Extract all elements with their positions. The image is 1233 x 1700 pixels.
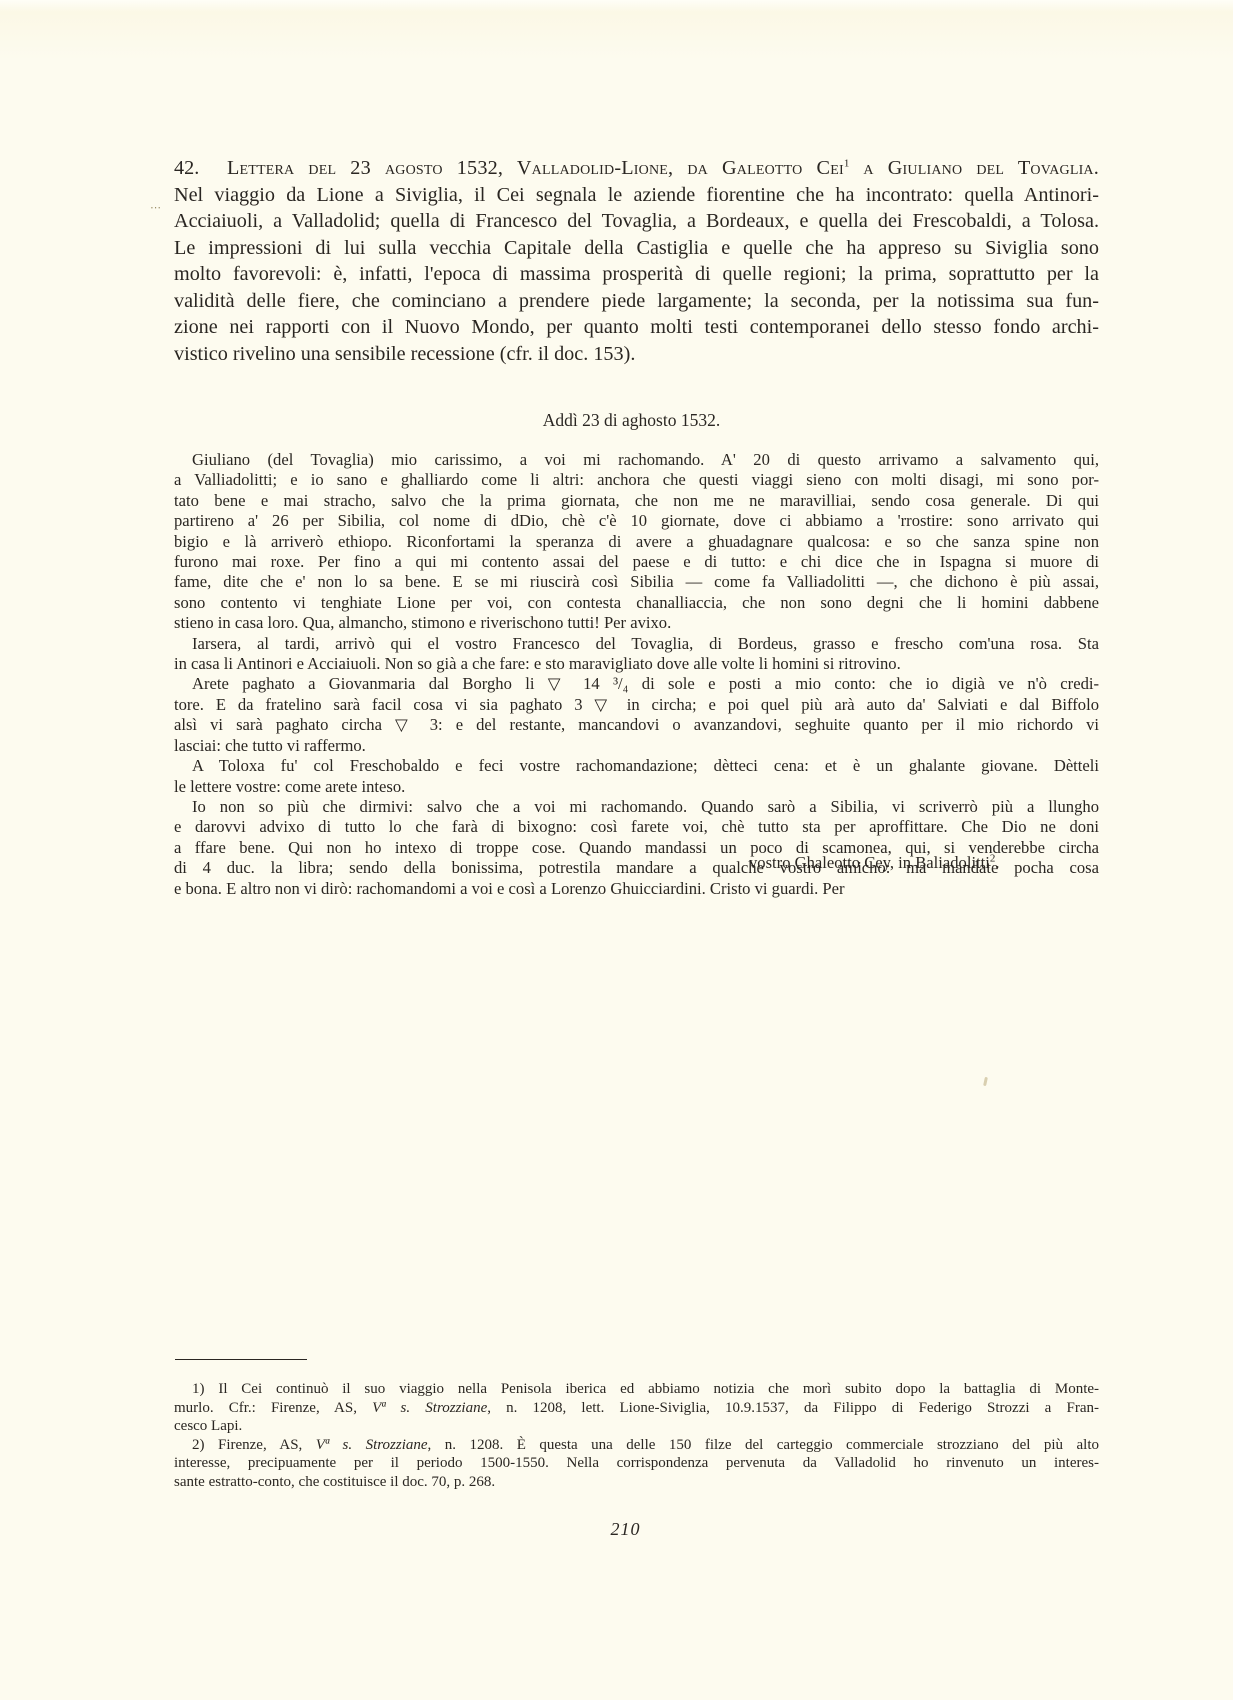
footnotes: 1) Il Cei continuò il suo viaggio nella … (174, 1380, 1099, 1492)
letter-line: a Valliadolitti; e io sano e ghalliardo … (174, 470, 1099, 490)
archive-series-title: Vª s. Strozziane (372, 1400, 487, 1416)
letter-line: A Toloxa fu' col Freschobaldo e feci vos… (174, 756, 1099, 776)
regest-line: Nel viaggio da Lione a Siviglia, il Cei … (174, 182, 1099, 209)
letter-line: e bona. E altro non vi dirò: rachomandom… (174, 879, 1099, 899)
letter-line: e darovvi advixo di tutto lo che farà di… (174, 817, 1099, 837)
letter-line: partireno a' 26 per Sibilia, col nome di… (174, 511, 1099, 531)
regest-line: molto favorevoli: è, infatti, l'epoca di… (174, 261, 1099, 288)
footnote-marker: 1) (192, 1381, 205, 1397)
margin-pencil-mark: ⋯ (150, 201, 161, 214)
regest-line: zione nei rapporti con il Nuovo Mondo, p… (174, 314, 1099, 341)
letter-line: fame, dite che e' non lo sa bene. E se m… (174, 572, 1099, 592)
footnote-text: sante estratto-conto, che costituisce il… (174, 1474, 495, 1490)
archive-series-title: Vª s. Strozziane (316, 1437, 428, 1453)
footnote-text: , n. 1208, lett. Lione-Siviglia, 10.9.15… (487, 1400, 1099, 1416)
letter-line: Arete paghato a Giovanmaria dal Borgho l… (174, 674, 1099, 694)
footnote-text: Il Cei continuò il suo viaggio nella Pen… (218, 1381, 1099, 1397)
regest-heading: 42. Lettera del 23 agosto 1532, Valladol… (174, 155, 1099, 182)
regest-line: Le impressioni di lui sulla vecchia Capi… (174, 235, 1099, 262)
regest-line: vistico rivelino una sensibile recession… (174, 341, 1099, 368)
footnote-text: interesse, precipuamente per il periodo … (174, 1455, 1099, 1471)
letter-line: Io non so più che dirmivi: salvo che a v… (174, 797, 1099, 817)
letter-line: in casa li Antinori e Acciaiuoli. Non so… (174, 654, 1099, 674)
letter-line: furono mai roxe. Per fino a qui mi conte… (174, 552, 1099, 572)
footnote-1-line: murlo. Cfr.: Firenze, AS, Vª s. Strozzia… (174, 1399, 1099, 1418)
letter-body: Giuliano (del Tovaglia) mio carissimo, a… (174, 450, 1099, 899)
letter-line: bigio e là arriverò ethiopo. Riconfortam… (174, 532, 1099, 552)
letter-line: Iarsera, al tardi, arrivò qui el vostro … (174, 634, 1099, 654)
page-number: 210 (0, 1519, 1233, 1540)
footnote-text: , n. 1208. È questa una delle 150 filze … (428, 1437, 1099, 1453)
letter-line: tore. E da fratelino sarà facil cosa vi … (174, 695, 1099, 715)
letter-line: tato bene e mai stracho, salvo che la pr… (174, 491, 1099, 511)
letter-line: Giuliano (del Tovaglia) mio carissimo, a… (174, 450, 1099, 470)
regest-line: Acciaiuoli, a Valladolid; quella di Fran… (174, 208, 1099, 235)
letter-signature: vostro Ghaleotto Cey, in Baliadolitti2. (749, 853, 1000, 873)
signature-text: vostro Ghaleotto Cey, in Baliadolitti (749, 853, 990, 872)
letter-line: stieno in casa loro. Qua, almancho, stim… (174, 613, 1099, 633)
footnote-marker: 2) (192, 1437, 205, 1453)
footnote-1-line: cesco Lapi. (174, 1417, 1099, 1436)
paper-speck (983, 1077, 988, 1086)
document-number: 42. (174, 157, 199, 179)
letter-line: sono contento vi tenghiate Lione per voi… (174, 593, 1099, 613)
letter-line: le lettere vostre: come arete inteso. (174, 777, 1099, 797)
footnote-2-line: interesse, precipuamente per il periodo … (174, 1454, 1099, 1473)
letter-dateline: Addì 23 di aghosto 1532. (0, 410, 1233, 431)
footnote-1-line: 1) Il Cei continuò il suo viaggio nella … (174, 1380, 1099, 1399)
document-regest: 42. Lettera del 23 agosto 1532, Valladol… (174, 155, 1099, 367)
letter-line: lasciai: che tutto vi raffermo. (174, 736, 1099, 756)
footnote-ref-2[interactable]: 2 (990, 852, 996, 864)
scanned-book-page: ⋯ 42. Lettera del 23 agosto 1532, Vallad… (0, 0, 1233, 1700)
footnote-2-line: 2) Firenze, AS, Vª s. Strozziane, n. 120… (174, 1436, 1099, 1455)
footnote-text: murlo. Cfr.: Firenze, AS, (174, 1400, 372, 1416)
footnote-2-line: sante estratto-conto, che costituisce il… (174, 1473, 1099, 1492)
footnote-text: Firenze, AS, (218, 1437, 316, 1453)
regest-line: validità delle fiere, che cominciano a p… (174, 288, 1099, 315)
letter-line: alsì vi sarà paghato circha ▽ 3: e del r… (174, 715, 1099, 735)
footnote-separator (175, 1359, 307, 1360)
letter-title: Lettera del 23 agosto 1532, Valladolid-L… (227, 157, 844, 179)
letter-title-recipient: a Giuliano del Tovaglia. (849, 157, 1099, 179)
footnote-text: cesco Lapi. (174, 1418, 242, 1434)
